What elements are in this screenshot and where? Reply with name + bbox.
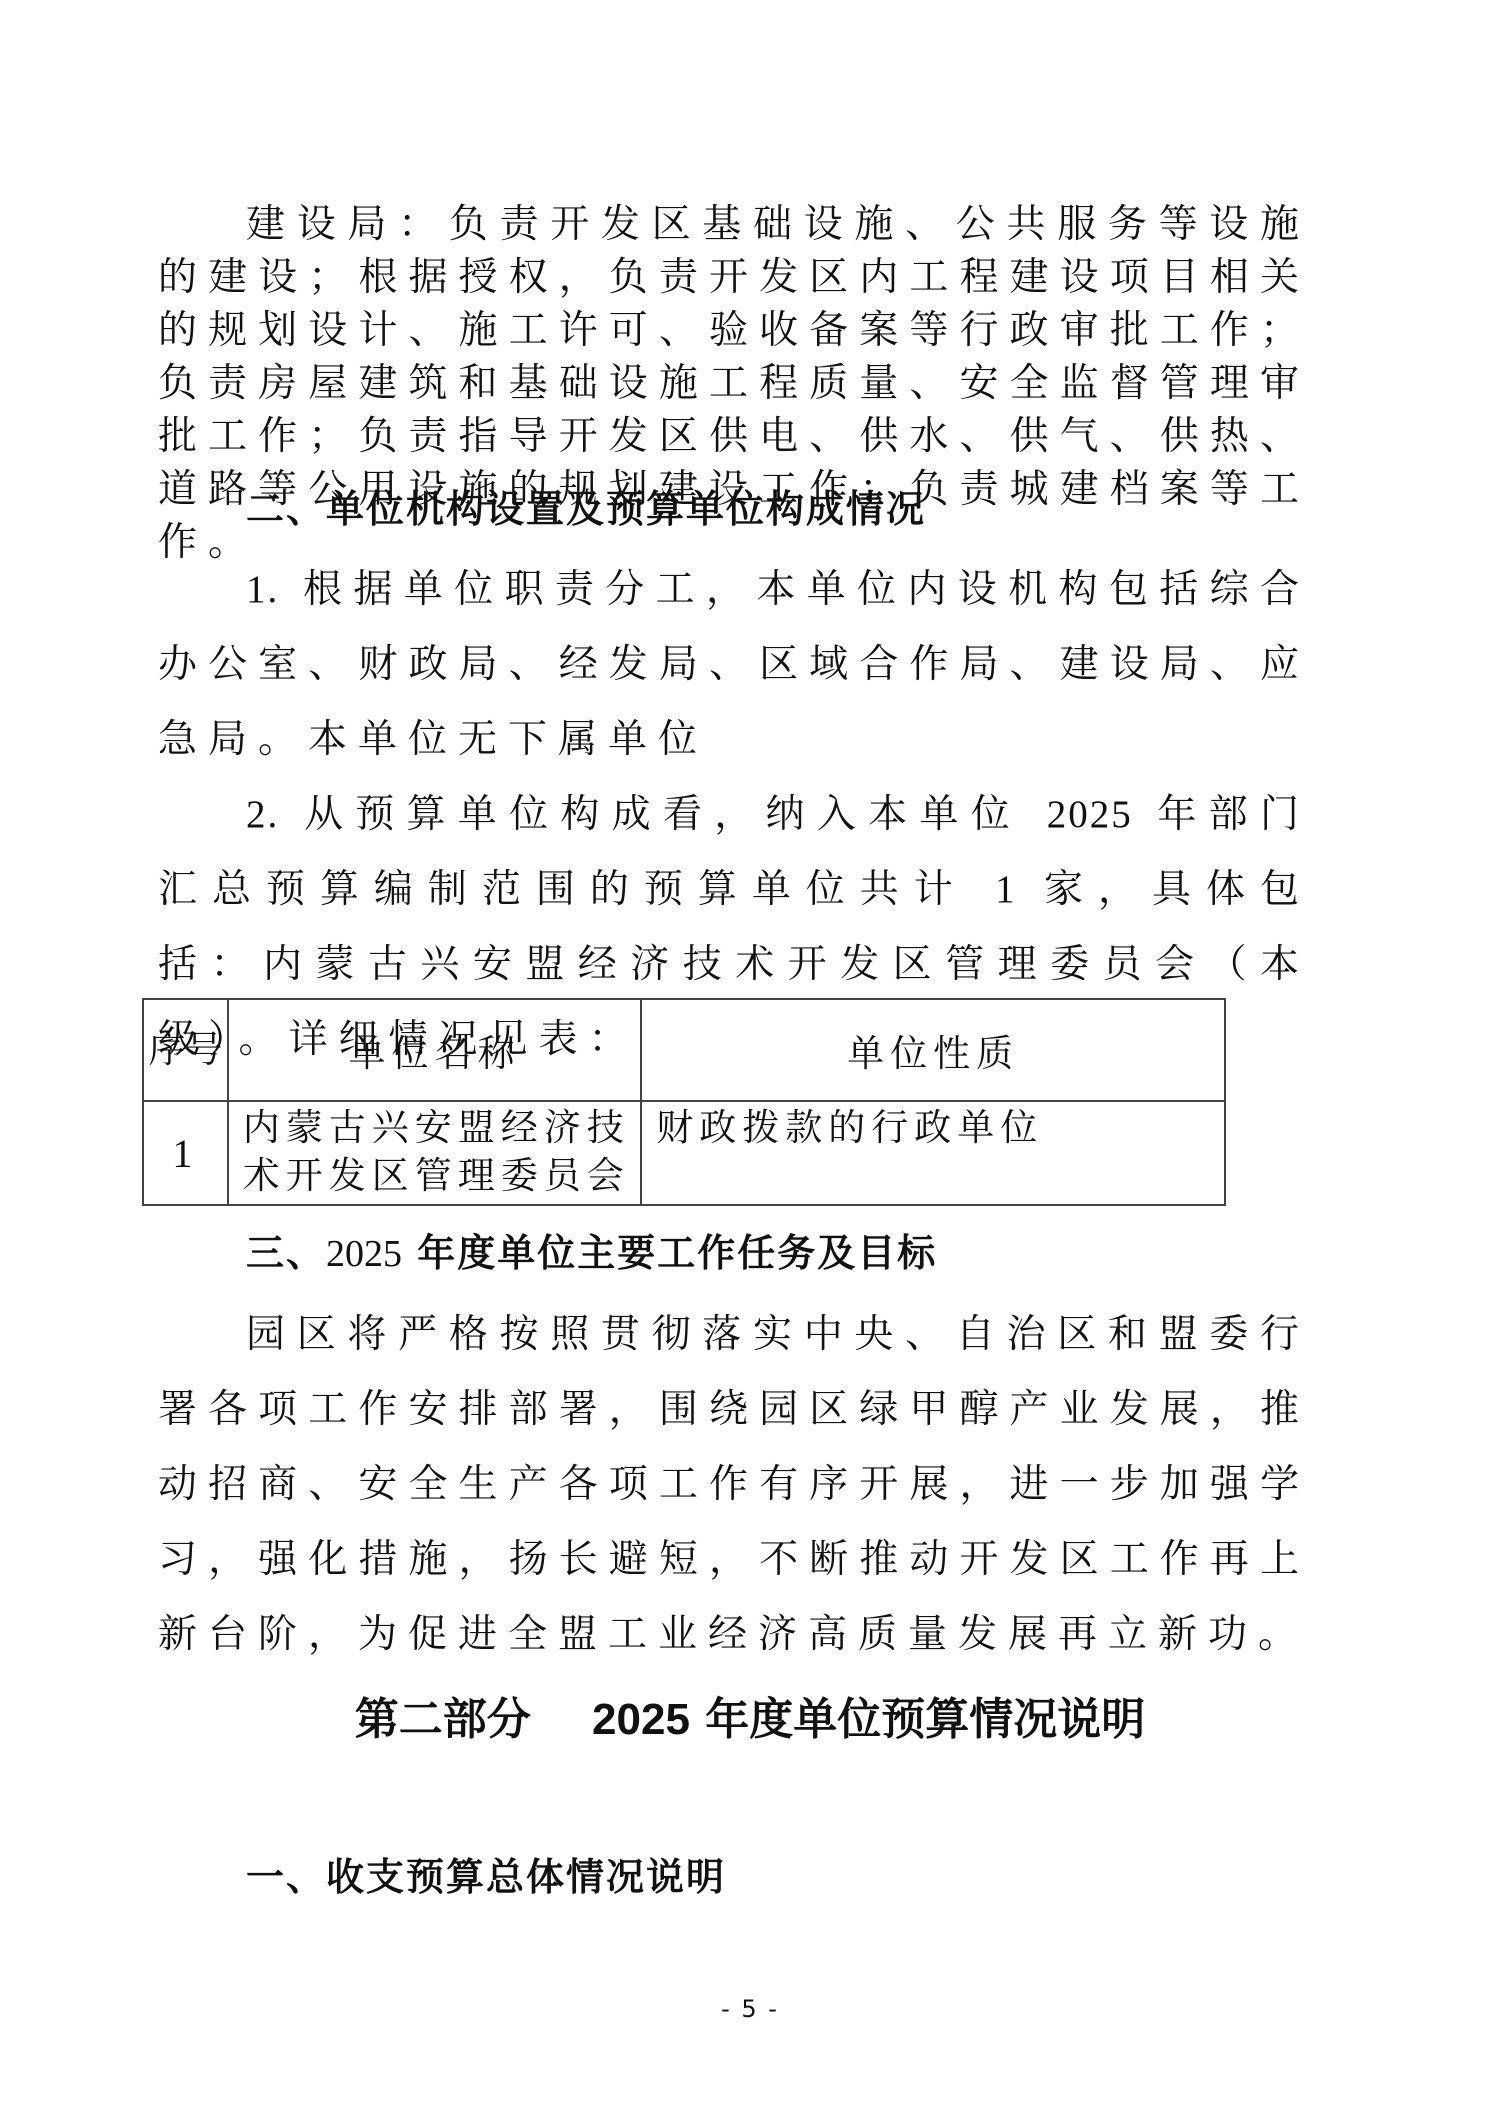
section-three-heading-suffix: 年度单位主要工作任务及目标 (417, 1231, 937, 1275)
part-two-title: 第二部分 2025 年度单位预算情况说明 (0, 1690, 1500, 1750)
section-two-item-1: 1. 根据单位职责分工，本单位内设机构包括综合办公室、财政局、经发局、区域合作局… (158, 552, 1310, 777)
section-two-heading: 二、单位机构设置及预算单位构成情况 (246, 484, 926, 534)
document-page: 建设局：负责开发区基础设施、公共服务等设施的建设；根据授权，负责开发区内工程建设… (0, 0, 1500, 2120)
item-2-year: 2025 (1047, 793, 1133, 836)
cell-index: 1 (143, 1101, 228, 1205)
part-two-title-suffix: 年度单位预算情况说明 (705, 1694, 1145, 1745)
table-row: 1 内蒙古兴安盟经济技术开发区管理委员会 财政拨款的行政单位 (143, 1101, 1225, 1205)
item-1-text: 根据单位职责分工，本单位内设机构包括综合办公室、财政局、经发局、区域合作局、建设… (158, 567, 1310, 762)
section-three-paragraph: 园区将严格按照贯彻落实中央、自治区和盟委行署各项工作安排部署，围绕园区绿甲醇产业… (158, 1297, 1310, 1672)
section-three-heading: 三、2025 年度单位主要工作任务及目标 (246, 1228, 937, 1279)
part-two-title-prefix: 第二部分 (355, 1694, 531, 1745)
item-1-number: 1. (246, 568, 279, 611)
part-two-section-one-heading: 一、收支预算总体情况说明 (246, 1852, 726, 1902)
cell-unit-name: 内蒙古兴安盟经济技术开发区管理委员会 (228, 1101, 641, 1205)
header-unit-nature: 单位性质 (641, 999, 1225, 1101)
cell-unit-nature: 财政拨款的行政单位 (641, 1101, 1225, 1205)
part-two-title-year: 2025 (592, 1695, 690, 1744)
budget-units-table: 序号 单位名称 单位性质 1 内蒙古兴安盟经济技术开发区管理委员会 财政拨款的行… (142, 998, 1226, 1206)
header-index: 序号 (143, 999, 228, 1101)
item-2-count: 1 (995, 868, 1017, 911)
table-header-row: 序号 单位名称 单位性质 (143, 999, 1225, 1101)
page-number: - 5 - (0, 1995, 1500, 2023)
item-2-text-before-year: 从预算单位构成看，纳入本单位 (304, 792, 1022, 837)
section-three-heading-prefix: 三、 (246, 1231, 326, 1275)
section-three-heading-year: 2025 (326, 1233, 402, 1275)
item-2-number: 2. (246, 793, 279, 836)
header-unit-name: 单位名称 (228, 999, 641, 1101)
